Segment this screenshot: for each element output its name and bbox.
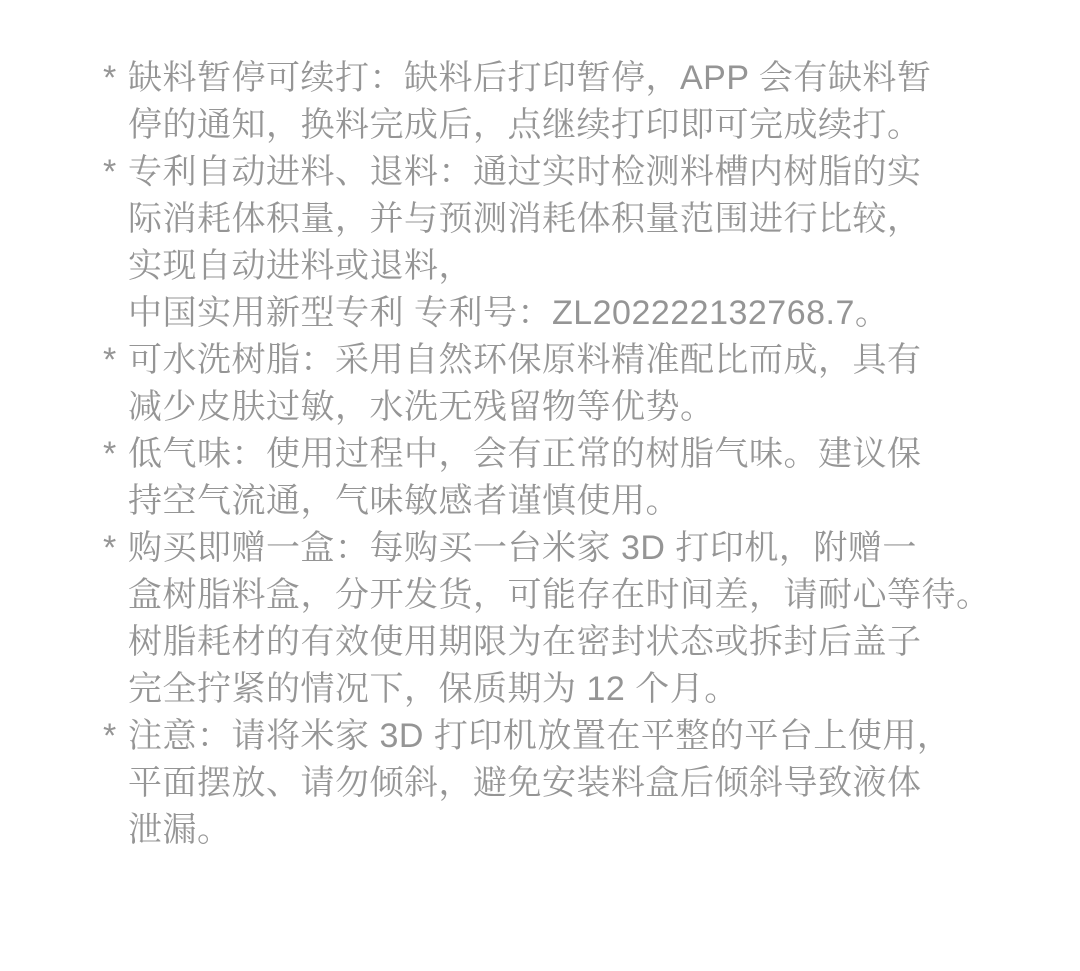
note-line: 缺料暂停可续打：缺料后打印暂停，APP 会有缺料暂 [128, 55, 1050, 102]
product-disclaimer-notes: * 缺料暂停可续打：缺料后打印暂停，APP 会有缺料暂 停的通知，换料完成后，点… [0, 0, 1080, 854]
note-line: 专利自动进料、退料：通过实时检测料槽内树脂的实 [128, 149, 1050, 196]
note-line: 可水洗树脂：采用自然环保原料精准配比而成，具有 [128, 337, 1050, 384]
note-line: 盒树脂料盒，分开发货，可能存在时间差，请耐心等待。 [128, 572, 1050, 619]
note-line: 低气味：使用过程中，会有正常的树脂气味。建议保 [128, 431, 1050, 478]
bullet-marker: * [103, 55, 128, 102]
bullet-marker: * [103, 337, 128, 384]
note-item-pause-resume: * 缺料暂停可续打：缺料后打印暂停，APP 会有缺料暂 停的通知，换料完成后，点… [103, 55, 1050, 149]
note-body: 购买即赠一盒：每购买一台米家 3D 打印机，附赠一 盒树脂料盒，分开发货，可能存… [128, 525, 1050, 713]
note-body: 可水洗树脂：采用自然环保原料精准配比而成，具有 减少皮肤过敏，水洗无残留物等优势… [128, 337, 1050, 431]
note-line: 持空气流通，气味敏感者谨慎使用。 [128, 478, 1050, 525]
note-item-washable-resin: * 可水洗树脂：采用自然环保原料精准配比而成，具有 减少皮肤过敏，水洗无残留物等… [103, 337, 1050, 431]
note-line: 树脂耗材的有效使用期限为在密封状态或拆封后盖子 [128, 619, 1050, 666]
bullet-marker: * [103, 713, 128, 760]
note-line: 平面摆放、请勿倾斜，避免安装料盒后倾斜导致液体 [128, 760, 1050, 807]
note-line: 际消耗体积量，并与预测消耗体积量范围进行比较， [128, 196, 1050, 243]
note-line: 减少皮肤过敏，水洗无残留物等优势。 [128, 384, 1050, 431]
note-item-auto-feed: * 专利自动进料、退料：通过实时检测料槽内树脂的实 际消耗体积量，并与预测消耗体… [103, 149, 1050, 337]
note-line: 完全拧紧的情况下，保质期为 12 个月。 [128, 666, 1050, 713]
note-item-caution: * 注意：请将米家 3D 打印机放置在平整的平台上使用， 平面摆放、请勿倾斜，避… [103, 713, 1050, 854]
note-body: 低气味：使用过程中，会有正常的树脂气味。建议保 持空气流通，气味敏感者谨慎使用。 [128, 431, 1050, 525]
note-line: 泄漏。 [128, 807, 1050, 854]
note-item-free-gift: * 购买即赠一盒：每购买一台米家 3D 打印机，附赠一 盒树脂料盒，分开发货，可… [103, 525, 1050, 713]
note-item-low-odor: * 低气味：使用过程中，会有正常的树脂气味。建议保 持空气流通，气味敏感者谨慎使… [103, 431, 1050, 525]
note-line: 注意：请将米家 3D 打印机放置在平整的平台上使用， [128, 713, 1050, 760]
bullet-marker: * [103, 149, 128, 196]
note-body: 注意：请将米家 3D 打印机放置在平整的平台上使用， 平面摆放、请勿倾斜，避免安… [128, 713, 1050, 854]
note-body: 缺料暂停可续打：缺料后打印暂停，APP 会有缺料暂 停的通知，换料完成后，点继续… [128, 55, 1050, 149]
note-line: 中国实用新型专利 专利号：ZL202222132768.7。 [128, 290, 1050, 337]
note-line: 购买即赠一盒：每购买一台米家 3D 打印机，附赠一 [128, 525, 1050, 572]
bullet-marker: * [103, 525, 128, 572]
bullet-marker: * [103, 431, 128, 478]
note-body: 专利自动进料、退料：通过实时检测料槽内树脂的实 际消耗体积量，并与预测消耗体积量… [128, 149, 1050, 337]
note-line: 停的通知，换料完成后，点继续打印即可完成续打。 [128, 102, 1050, 149]
note-line: 实现自动进料或退料， [128, 243, 1050, 290]
